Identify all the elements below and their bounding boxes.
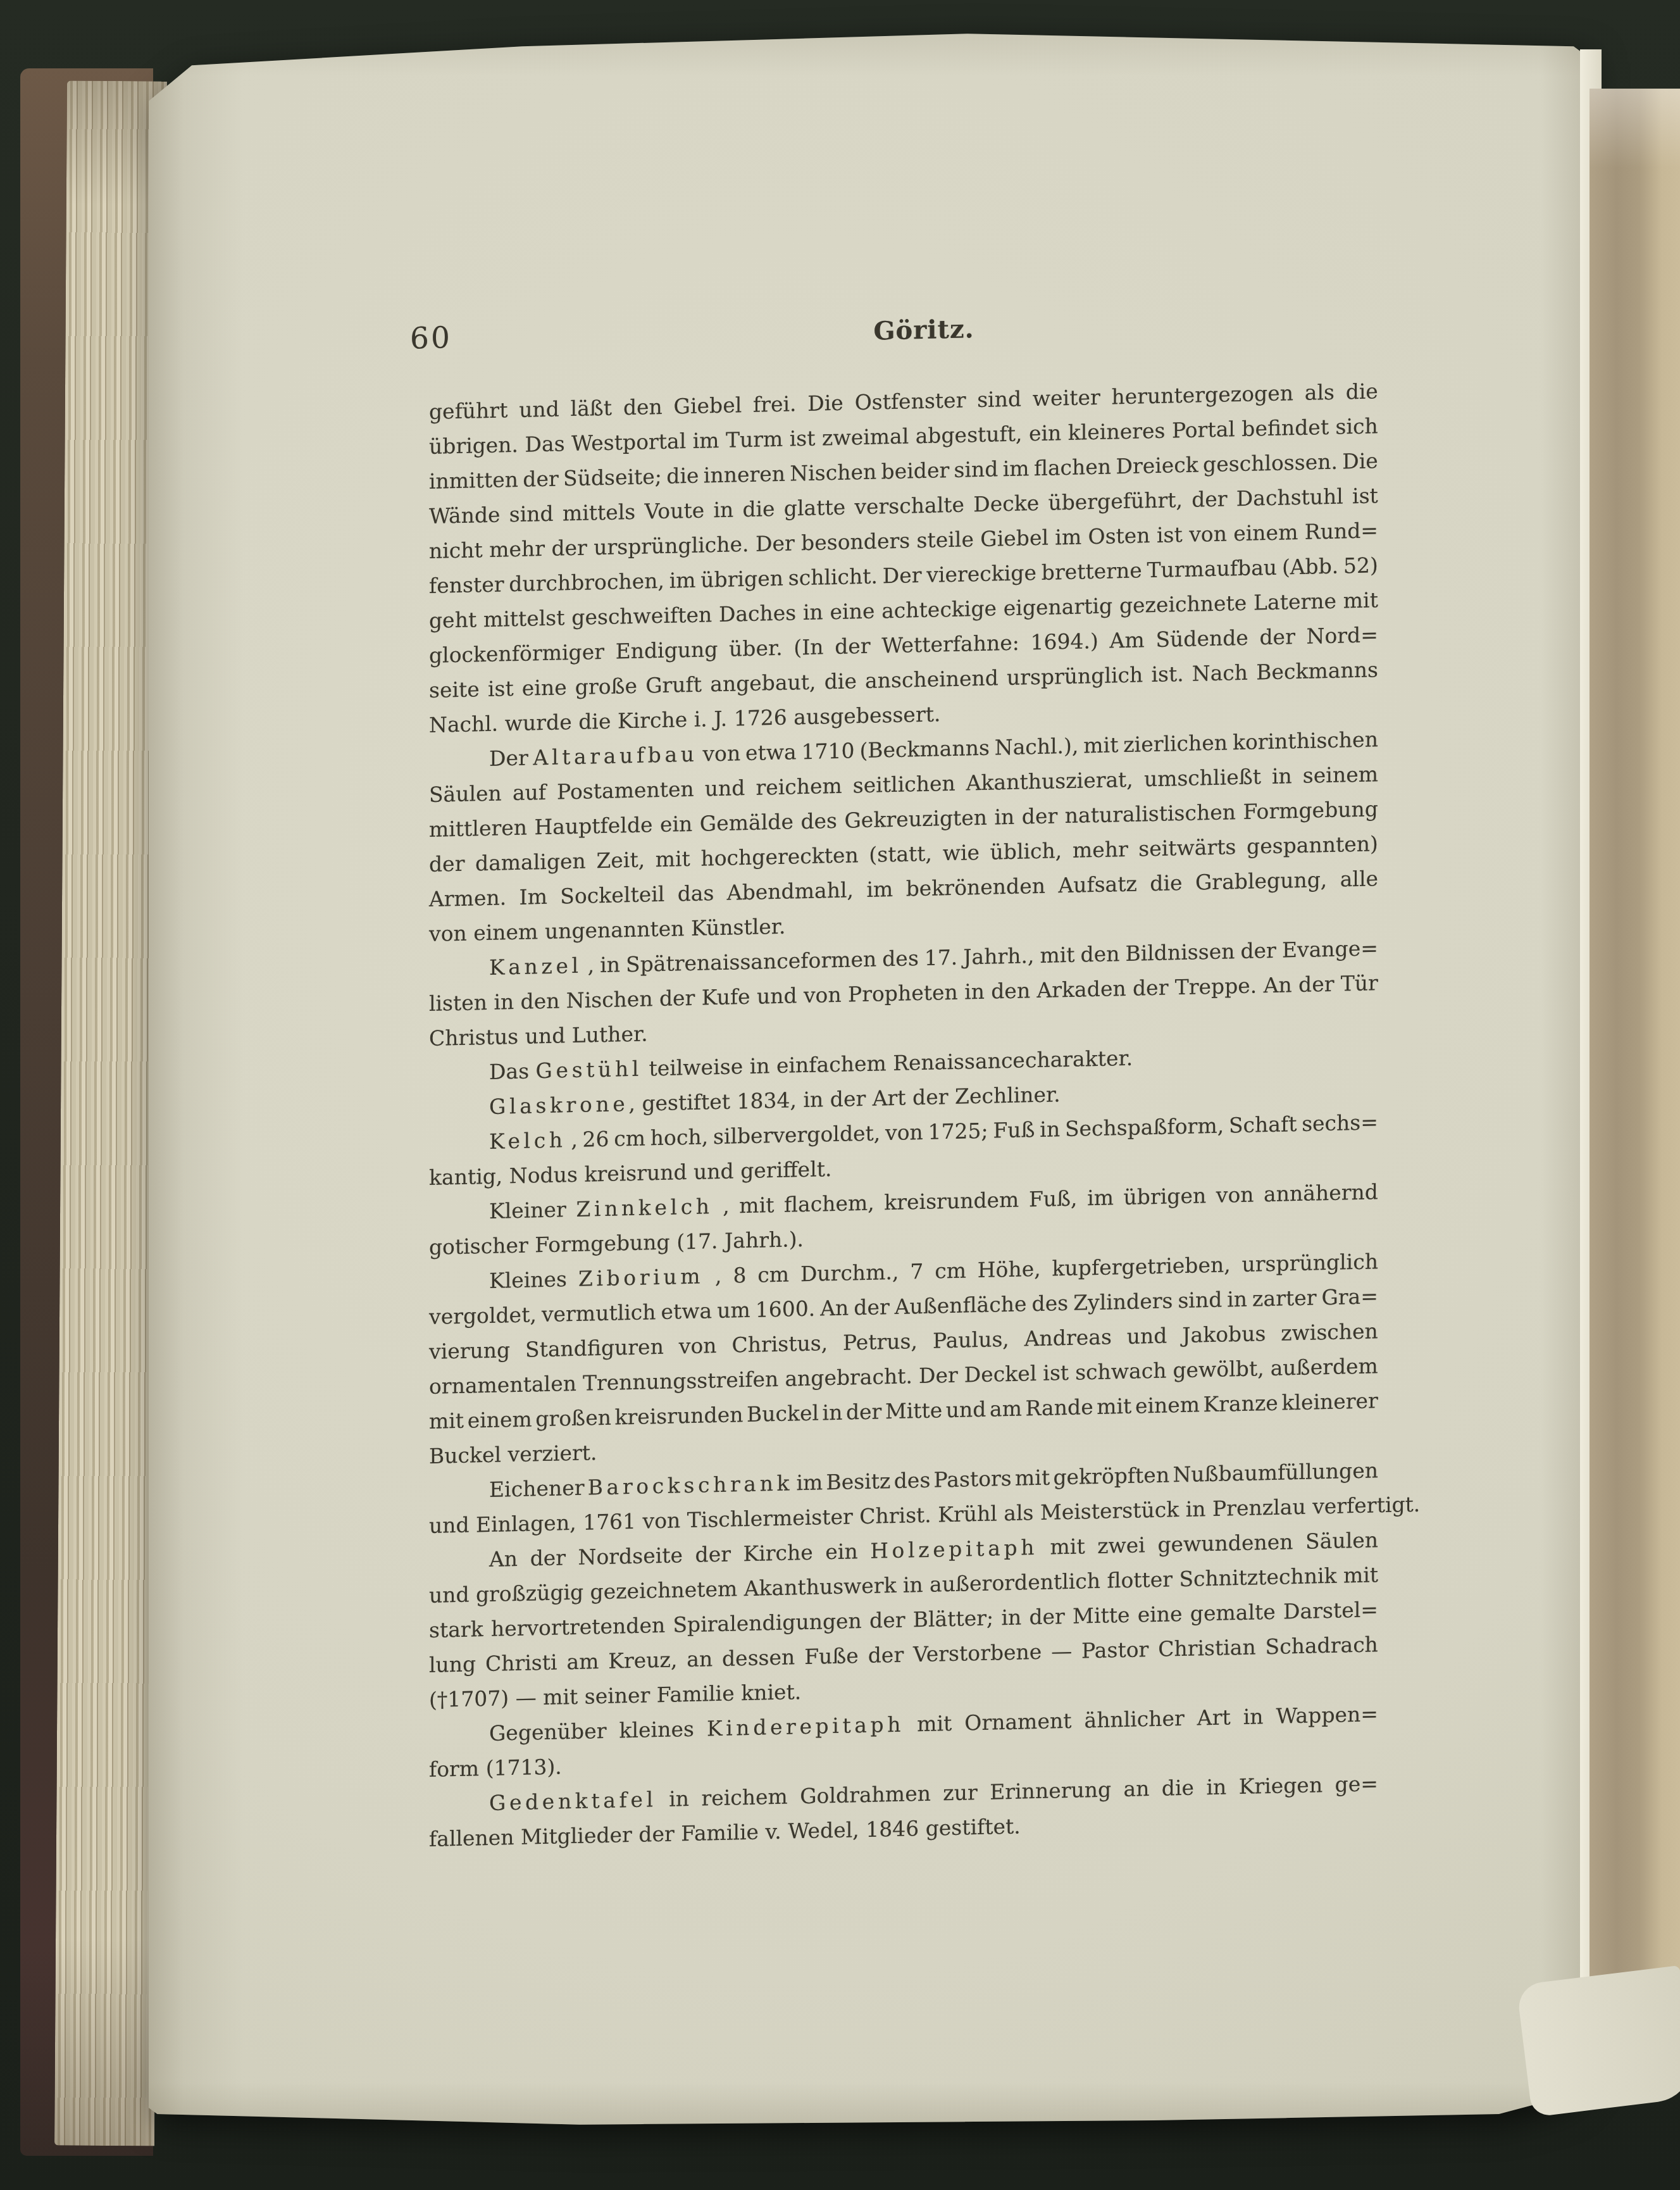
paragraph: geführtundläßtdenGiebelfrei.DieOstfenste…: [429, 373, 1378, 742]
paragraph: AnderNordseitederKircheeinHolzepitaphmit…: [429, 1522, 1378, 1717]
adjacent-page-edge: [1590, 89, 1680, 2076]
printed-content: 60 Göritz. geführtundläßtdenGiebelfrei.D…: [429, 299, 1378, 1856]
text-block: geführtundläßtdenGiebelfrei.DieOstfenste…: [429, 373, 1378, 1856]
page-number: 60: [410, 320, 452, 356]
scanned-book-photo: { "document": { "page_number": "60", "ru…: [0, 0, 1680, 2190]
paragraph: KleinesZiborium,8cmDurchm.,7cmHöhe,kupfe…: [429, 1244, 1378, 1474]
running-header: Göritz.: [873, 314, 974, 346]
paragraph: Kanzel,inSpätrenaissanceformendes17.Jahr…: [429, 930, 1378, 1056]
paragraph: DerAltaraufbauvonetwa1710(BeckmannsNachl…: [429, 722, 1378, 951]
page-corner-curl: [1516, 1965, 1680, 2117]
